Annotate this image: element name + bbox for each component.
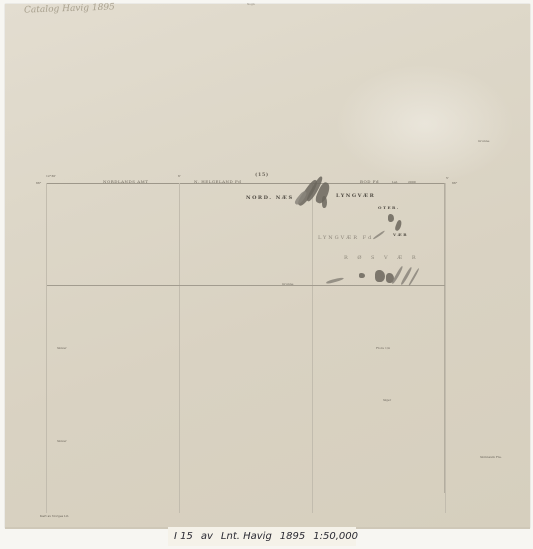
label-nord-naes: NORD. NÆS	[246, 195, 294, 201]
bottom-left-note: Kart av Norges Lit.	[40, 514, 69, 518]
island-shape	[388, 214, 394, 222]
meridian-line-2	[312, 183, 313, 513]
county-label-nordland: NORDLANDS AMT	[103, 179, 148, 184]
label-vaer: VÆR	[393, 232, 408, 237]
label-rosvaer: R Ø S V Æ R	[344, 255, 420, 261]
sounding-label: Grunne	[282, 282, 293, 286]
sheet-number: (15)	[255, 172, 269, 178]
island-shape	[375, 270, 385, 282]
label-lyngvaer: LYNGVÆR	[336, 193, 375, 199]
island-shape	[359, 273, 365, 278]
catalog-label: I 15 av Lnt. Havig 1895 1:50,000	[168, 527, 356, 546]
sounding-label: Flore 1/4	[376, 346, 390, 350]
map-frame	[46, 183, 445, 493]
header-lat: Lat.	[392, 180, 398, 184]
county-label-helgeland: N. HELGELAND Fd	[194, 179, 241, 184]
degree-mark-left: 12°30'	[46, 174, 56, 178]
frame-right	[445, 183, 446, 513]
sounding-label: Skiver	[57, 439, 67, 443]
parallel-line	[46, 285, 445, 286]
header-bod: BOD Fd	[360, 179, 379, 184]
catalog-sheet-id: I 15	[174, 531, 193, 542]
header-scale: 2000	[408, 180, 416, 184]
island-shape	[322, 196, 327, 208]
frame-left	[46, 183, 47, 513]
degree-mark-middle: 6'	[178, 174, 181, 178]
sounding-label: Skinnavik Fla.	[480, 455, 502, 459]
catalog-scale: 1:50,000	[313, 531, 358, 542]
catalog-author: Lnt. Havig	[221, 531, 272, 542]
catalog-year: 1895	[280, 531, 305, 542]
sounding-label: Grunne	[478, 139, 489, 143]
top-margin-mark: Sogn	[247, 2, 255, 6]
degree-mark-left-side: 66°	[36, 181, 41, 185]
degree-mark-right: 5'	[446, 176, 449, 180]
label-oter: OTER.	[378, 205, 400, 210]
sounding-label: Skiver	[57, 346, 67, 350]
degree-mark-right-side: 66°	[452, 181, 457, 185]
label-lyngvaer-fjord: LYNGVÆR Fd	[318, 235, 373, 241]
catalog-sheet-fraction: av	[201, 531, 213, 542]
meridian-line-1	[179, 183, 180, 513]
sounding-label: Skjer	[383, 398, 391, 402]
